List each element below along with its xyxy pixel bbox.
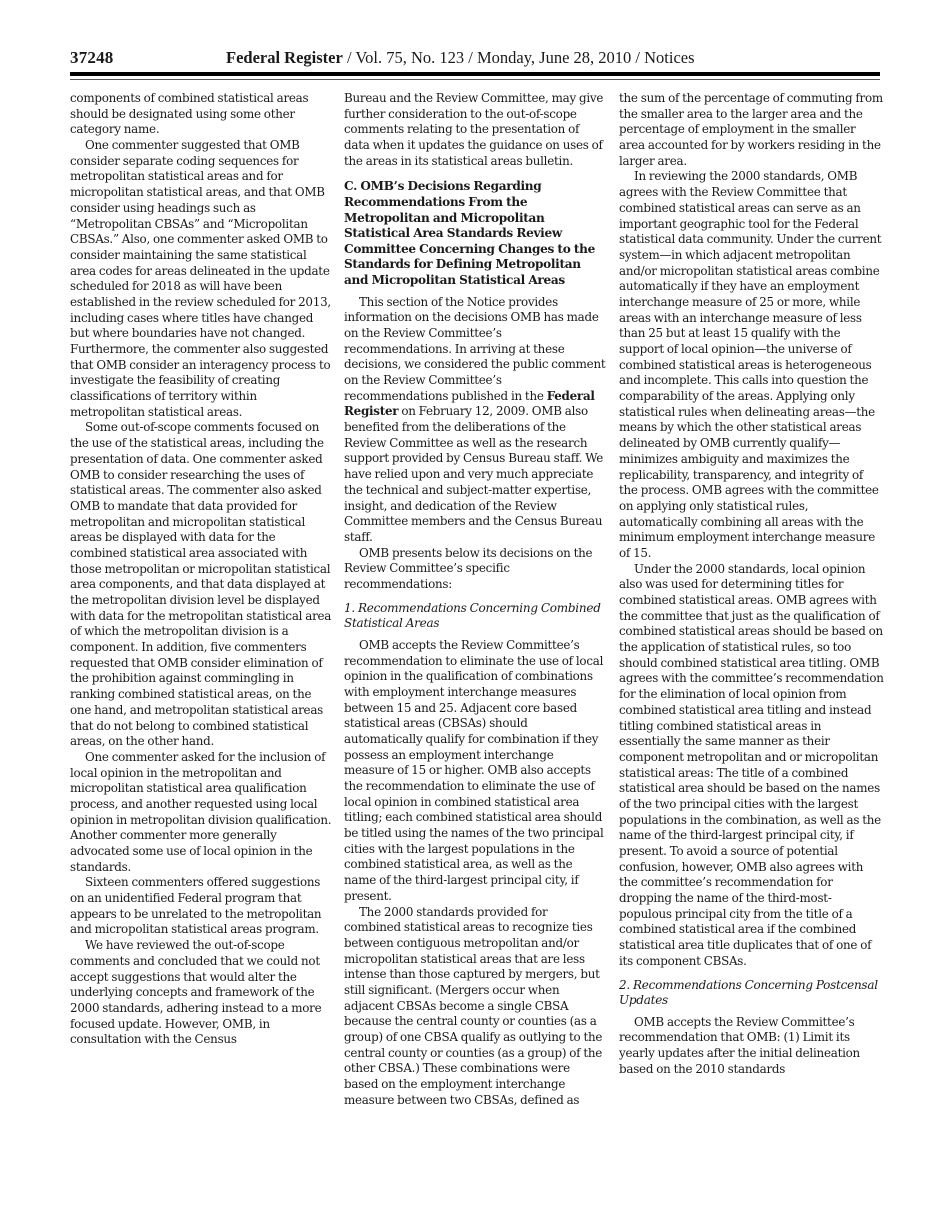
header-rule-thin	[70, 79, 880, 80]
paragraph: OMB accepts the Review Committee’s recom…	[619, 1015, 884, 1078]
section-heading-c: C. OMB’s Decisions Regarding Recommendat…	[344, 179, 606, 288]
paragraph: We have reviewed the out-of-scope commen…	[70, 938, 332, 1048]
paragraph: One commenter suggested that OMB conside…	[70, 138, 332, 420]
body-columns: components of combined statistical areas…	[70, 91, 880, 1161]
paragraph: Some out-of-scope comments focused on th…	[70, 420, 332, 749]
subsection-heading-2: 2. Recommendations Concerning Postcensal…	[619, 978, 884, 1009]
paragraph: The 2000 standards provided for combined…	[344, 905, 606, 1109]
paragraph: One commenter asked for the inclusion of…	[70, 750, 332, 876]
paragraph: Bureau and the Review Committee, may giv…	[344, 91, 606, 169]
subsection-heading-1: 1. Recommendations Concerning Combined S…	[344, 601, 606, 632]
page-header: 37248 Federal Register / Vol. 75, No. 12…	[70, 48, 880, 72]
header-rule-thick	[70, 72, 880, 76]
running-head: Federal Register / Vol. 75, No. 123 / Mo…	[226, 48, 695, 68]
paragraph: components of combined statistical areas…	[70, 91, 332, 138]
paragraph: OMB presents below its decisions on the …	[344, 546, 606, 593]
paragraph: Under the 2000 standards, local opinion …	[619, 562, 884, 970]
column-middle: Bureau and the Review Committee, may giv…	[344, 91, 606, 1108]
paragraph: Sixteen commenters offered suggestions o…	[70, 875, 332, 938]
paragraph: OMB accepts the Review Committee’s recom…	[344, 638, 606, 905]
paragraph: the sum of the percentage of commuting f…	[619, 91, 884, 169]
paragraph: In reviewing the 2000 standards, OMB agr…	[619, 169, 884, 561]
text-run: on February 12, 2009. OMB also benefited…	[344, 404, 603, 544]
column-left: components of combined statistical areas…	[70, 91, 332, 1048]
text-run: This section of the Notice provides info…	[344, 295, 605, 403]
page-number: 37248	[70, 48, 114, 68]
volume-info: / Vol. 75, No. 123 / Monday, June 28, 20…	[343, 48, 695, 67]
publication-title: Federal Register	[226, 48, 343, 67]
paragraph: This section of the Notice provides info…	[344, 295, 606, 546]
column-right: the sum of the percentage of commuting f…	[619, 91, 884, 1077]
